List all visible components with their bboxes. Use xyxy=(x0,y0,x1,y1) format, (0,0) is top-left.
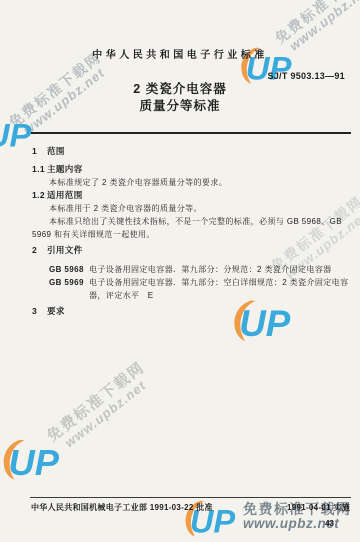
section-number: 3 xyxy=(32,305,47,318)
section-number: 1 xyxy=(32,145,47,158)
section-2-heading: 2引用文件 xyxy=(32,244,350,257)
section-number: 1.1 xyxy=(32,163,47,176)
section-title: 引用文件 xyxy=(47,245,83,255)
page-number: 43 xyxy=(325,519,334,528)
document-content: 中华人民共和国电子行业标准 SJ/T 9503.13—91 2 类瓷介电容器 质… xyxy=(0,0,360,542)
section-title: 主题内容 xyxy=(47,164,83,174)
reference-title: 电子设备用固定电容器．第九部分：分规范：2 类瓷介固定电容器 xyxy=(89,263,350,276)
standard-org-line: 中华人民共和国电子行业标准 xyxy=(0,46,360,61)
reference-code: GB 5969 xyxy=(49,276,89,302)
document-title-line2: 质量分等标准 xyxy=(0,96,360,114)
scanned-standard-page: 免费标准下载网 www.upbz.net 免费标准下载网 www.upbz.ne… xyxy=(0,0,360,542)
header-divider xyxy=(31,132,351,134)
section-1-1-paragraph: 本标准规定了 2 类瓷介电容器质量分等的要求。 xyxy=(32,176,350,189)
implementation-date: 1991-04-01 实施 xyxy=(287,502,350,513)
footer-divider xyxy=(30,497,351,498)
section-1-heading: 1范围 xyxy=(32,141,350,158)
reference-code: GB 5968 xyxy=(49,263,89,276)
document-body: 1范围 1.1主题内容 本标准规定了 2 类瓷介电容器质量分等的要求。 1.2适… xyxy=(32,141,350,318)
document-title-line1: 2 类瓷介电容器 xyxy=(0,79,360,97)
section-1-2-paragraph-1: 本标准用于 2 类瓷介电容器的质量分等。 xyxy=(32,202,350,215)
reference-list: GB 5968 电子设备用固定电容器．第九部分：分规范：2 类瓷介固定电容器 G… xyxy=(49,263,350,302)
section-title: 范围 xyxy=(47,146,65,156)
section-title: 适用范围 xyxy=(47,190,83,200)
footer: 中华人民共和国机械电子工业部 1991-03-22 批准 1991-04-01 … xyxy=(31,502,350,513)
section-title: 要求 xyxy=(47,306,65,316)
reference-item: GB 5969 电子设备用固定电容器．第九部分：空白详细规范：2 类瓷介固定电容… xyxy=(49,276,350,302)
reference-item: GB 5968 电子设备用固定电容器．第九部分：分规范：2 类瓷介固定电容器 xyxy=(49,263,350,276)
section-1-2-heading: 1.2适用范围 xyxy=(32,189,350,202)
approval-statement: 中华人民共和国机械电子工业部 1991-03-22 批准 xyxy=(31,502,213,513)
section-number: 1.2 xyxy=(32,189,47,202)
section-3-heading: 3要求 xyxy=(32,305,350,318)
section-1-2-paragraph-2: 本标准只给出了关键性技术指标，不是一个完整的标准，必须与 GB 5968、GB … xyxy=(32,215,350,241)
section-number: 2 xyxy=(32,244,47,257)
reference-title: 电子设备用固定电容器．第九部分：空白详细规范：2 类瓷介固定电容器，评定水平 E xyxy=(89,276,350,302)
section-1-1-heading: 1.1主题内容 xyxy=(32,163,350,176)
